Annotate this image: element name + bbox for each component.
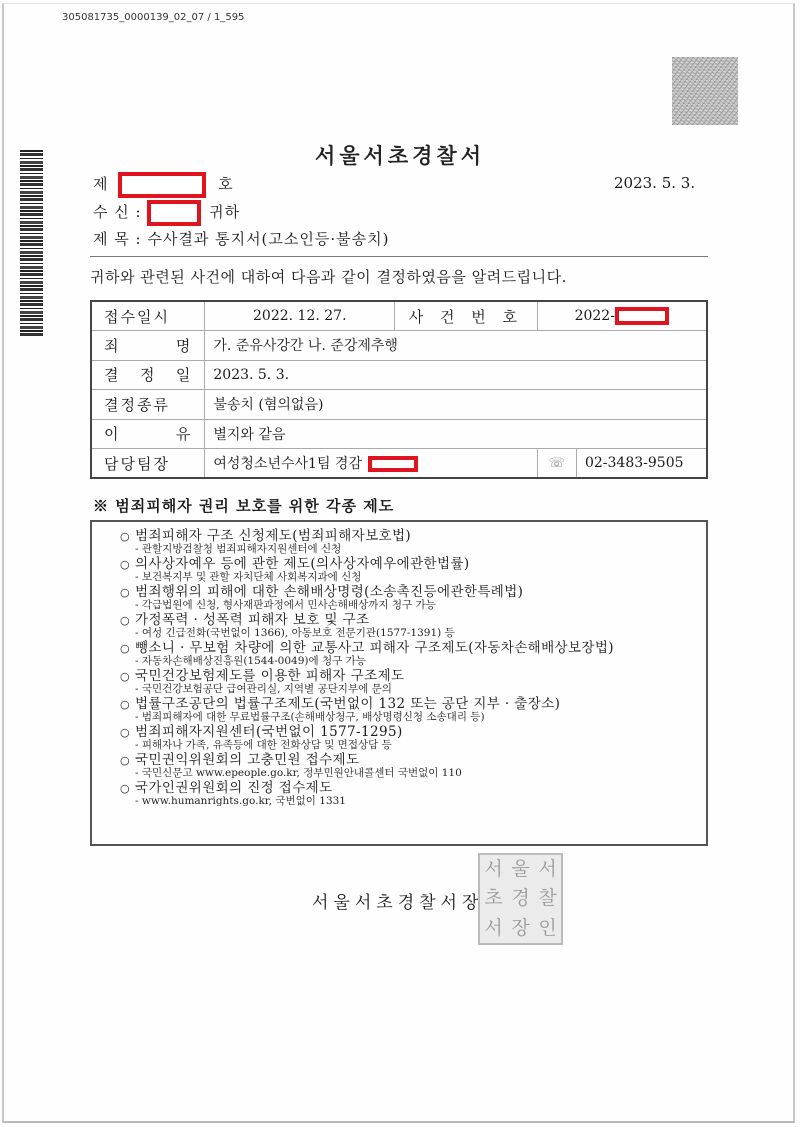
list-item: ○가정폭력 · 성폭력 피해자 보호 및 구조- 여성 긴급전화(국번없이 13… (120, 614, 706, 640)
subject-label: 제 목 : (93, 230, 142, 248)
reason-value: 별지와 같음 (205, 419, 707, 449)
circle-bullet-icon: ○ (120, 558, 130, 571)
list-item-title: ○국민권익위원회의 고충민원 접수제도 (120, 754, 706, 767)
table-row: 결정종류 불송치 (혐의없음) (91, 390, 707, 420)
seal-glyph: 인 (534, 914, 561, 943)
circle-bullet-icon: ○ (120, 698, 130, 711)
official-seal-icon: 서울서초경찰서장인 (478, 853, 563, 945)
phone-number: 02-3483-9505 (576, 449, 707, 479)
seal-glyph: 경 (507, 884, 534, 913)
list-item-title: ○국가인권위원회의 진정 접수제도 (120, 782, 706, 795)
table-row: 접수일시 2022. 12. 27. 사 건 번 호 2022- (91, 301, 707, 331)
table-row: 이 유 별지와 같음 (91, 419, 707, 449)
case-no-cell: 2022- (537, 301, 707, 331)
table-row: 결 정 일 2023. 5. 3. (91, 360, 707, 390)
decision-type-label: 결정종류 (91, 390, 205, 420)
list-item-title: ○범죄피해자지원센터(국번없이 1577-1295) (120, 726, 706, 739)
recipient-label: 수 신 : (93, 203, 142, 221)
seal-glyph: 초 (480, 884, 507, 913)
file-id: 305081735_0000139_02_07 / 1_595 (62, 12, 244, 23)
circle-bullet-icon: ○ (120, 670, 130, 683)
notice-heading: ※ 범죄피해자 권리 보호를 위한 각종 제도 (93, 495, 394, 516)
circle-bullet-icon: ○ (120, 782, 130, 795)
received-value: 2022. 12. 27. (205, 301, 395, 331)
redaction-box (118, 172, 206, 198)
circle-bullet-icon: ○ (120, 754, 130, 767)
qr-code-icon (672, 57, 738, 125)
decision-date-value: 2023. 5. 3. (205, 360, 707, 390)
charge-value: 가. 준유사강간 나. 준강제추행 (205, 331, 707, 361)
list-item-title: ○범죄행위의 피해에 대한 손해배상명령(소송촉진등에관한특례법) (120, 586, 706, 599)
list-item: ○범죄행위의 피해에 대한 손해배상명령(소송촉진등에관한특례법)- 각급법원에… (120, 586, 706, 612)
barcode-icon (20, 150, 43, 336)
list-item: ○뺑소니 · 무보험 차량에 의한 교통사고 피해자 구조제도(자동차손해배상보… (120, 642, 706, 668)
list-item-detail: - 여성 긴급전화(국번없이 1366), 아동보호 전문기관(1577-139… (120, 627, 706, 640)
table-row: 담당팀장 여성청소년수사1팀 경감 ☏ 02-3483-9505 (91, 449, 707, 479)
list-item-detail: - 보건복지부 및 관할 자치단체 사회복지과에 신청 (120, 571, 706, 584)
redaction-box (368, 456, 418, 472)
document-date: 2023. 5. 3. (614, 174, 695, 192)
seal-glyph: 서 (480, 914, 507, 943)
list-item: ○의사상자예우 등에 관한 제도(의사상자예우에관한법률)- 보건복지부 및 관… (120, 558, 706, 584)
list-item-detail: - 각급법원에 신청, 형사재판과정에서 민사손해배상까지 청구 가능 (120, 599, 706, 612)
list-item: ○법률구조공단의 법률구조제도(국번없이 132 또는 공단 지부 · 출장소)… (120, 698, 706, 724)
list-item-title: ○국민건강보험제도를 이용한 피해자 구조제도 (120, 670, 706, 683)
list-item-title: ○의사상자예우 등에 관한 제도(의사상자예우에관한법률) (120, 558, 706, 571)
rights-list: ○범죄피해자 구조 신청제도(범죄피해자보호법)- 관할지방검찰청 범죄피해자지… (120, 530, 706, 808)
doc-number-line: 제 호 (93, 172, 234, 198)
received-label: 접수일시 (91, 301, 205, 331)
list-item-title: ○법률구조공단의 법률구조제도(국번없이 132 또는 공단 지부 · 출장소) (120, 698, 706, 711)
seal-glyph: 서 (480, 855, 507, 884)
decision-type-value: 불송치 (혐의없음) (205, 390, 707, 420)
circle-bullet-icon: ○ (120, 586, 130, 599)
manager-cell: 여성청소년수사1팀 경감 (205, 449, 537, 479)
seal-glyph: 서 (534, 855, 561, 884)
subject-line: 제 목 : 수사결과 통지서(고소인등·불송치) (93, 228, 389, 249)
circle-bullet-icon: ○ (120, 642, 130, 655)
divider (90, 256, 708, 257)
manager-value: 여성청소년수사1팀 경감 (213, 456, 362, 472)
subject-text: 수사결과 통지서(고소인등·불송치) (147, 230, 389, 248)
seal-glyph: 울 (507, 855, 534, 884)
victim-rights-box: ○범죄피해자 구조 신청제도(범죄피해자보호법)- 관할지방검찰청 범죄피해자지… (90, 520, 708, 846)
redaction-box (147, 200, 201, 226)
circle-bullet-icon: ○ (120, 614, 130, 627)
list-item: ○국민권익위원회의 고충민원 접수제도- 국민신문고 www.epeople.g… (120, 754, 706, 780)
case-no-label: 사 건 번 호 (395, 301, 537, 331)
list-item-detail: - www.humanrights.go.kr, 국번없이 1331 (120, 795, 706, 808)
circle-bullet-icon: ○ (120, 530, 130, 543)
list-item-detail: - 피해자나 가족, 유족등에 대한 전화상담 및 면접상담 등 (120, 739, 706, 752)
seal-glyph: 장 (507, 914, 534, 943)
list-item-detail: - 자동차손해배상진흥원(1544-0049)에 청구 가능 (120, 655, 706, 668)
circle-bullet-icon: ○ (120, 726, 130, 739)
case-no-prefix: 2022- (575, 308, 615, 324)
charge-label: 죄 명 (91, 331, 205, 361)
list-item-title: ○가정폭력 · 성폭력 피해자 보호 및 구조 (120, 614, 706, 627)
table-row: 죄 명 가. 준유사강간 나. 준강제추행 (91, 331, 707, 361)
doc-no-suffix: 호 (218, 175, 234, 193)
signature: 서울서초경찰서장 (312, 888, 483, 913)
list-item: ○국가인권위원회의 진정 접수제도- www.humanrights.go.kr… (120, 782, 706, 808)
intro-text: 귀하와 관련된 사건에 대하여 다음과 같이 결정하였음을 알려드립니다. (90, 266, 567, 287)
manager-label: 담당팀장 (91, 449, 205, 479)
list-item-detail: - 관할지방검찰청 범죄피해자지원센터에 신청 (120, 543, 706, 556)
doc-no-prefix: 제 (93, 175, 109, 193)
case-info-table: 접수일시 2022. 12. 27. 사 건 번 호 2022- 죄 명 가. … (90, 300, 708, 479)
list-item-title: ○뺑소니 · 무보험 차량에 의한 교통사고 피해자 구조제도(자동차손해배상보… (120, 642, 706, 655)
list-item: ○범죄피해자지원센터(국번없이 1577-1295)- 피해자나 가족, 유족등… (120, 726, 706, 752)
list-item-detail: - 국민신문고 www.epeople.go.kr, 정부민원안내콜센터 국번없… (120, 767, 706, 780)
seal-glyph: 찰 (534, 884, 561, 913)
list-item: ○국민건강보험제도를 이용한 피해자 구조제도- 국민건강보험공단 급여관리실,… (120, 670, 706, 696)
list-item-detail: - 국민건강보험공단 급여관리실, 지역별 공단지부에 문의 (120, 683, 706, 696)
agency-title: 서울서초경찰서 (0, 140, 800, 170)
recipient-suffix: 귀하 (209, 203, 240, 221)
decision-date-label: 결 정 일 (91, 360, 205, 390)
list-item-title: ○범죄피해자 구조 신청제도(범죄피해자보호법) (120, 530, 706, 543)
recipient-line: 수 신 : 귀하 (93, 200, 240, 226)
reason-label: 이 유 (91, 419, 205, 449)
list-item-detail: - 범죄피해자에 대한 무료법률구조(손해배상청구, 배상명령신청 소송대리 등… (120, 711, 706, 724)
list-item: ○범죄피해자 구조 신청제도(범죄피해자보호법)- 관할지방검찰청 범죄피해자지… (120, 530, 706, 556)
redaction-box (615, 307, 669, 325)
phone-icon: ☏ (537, 449, 576, 479)
